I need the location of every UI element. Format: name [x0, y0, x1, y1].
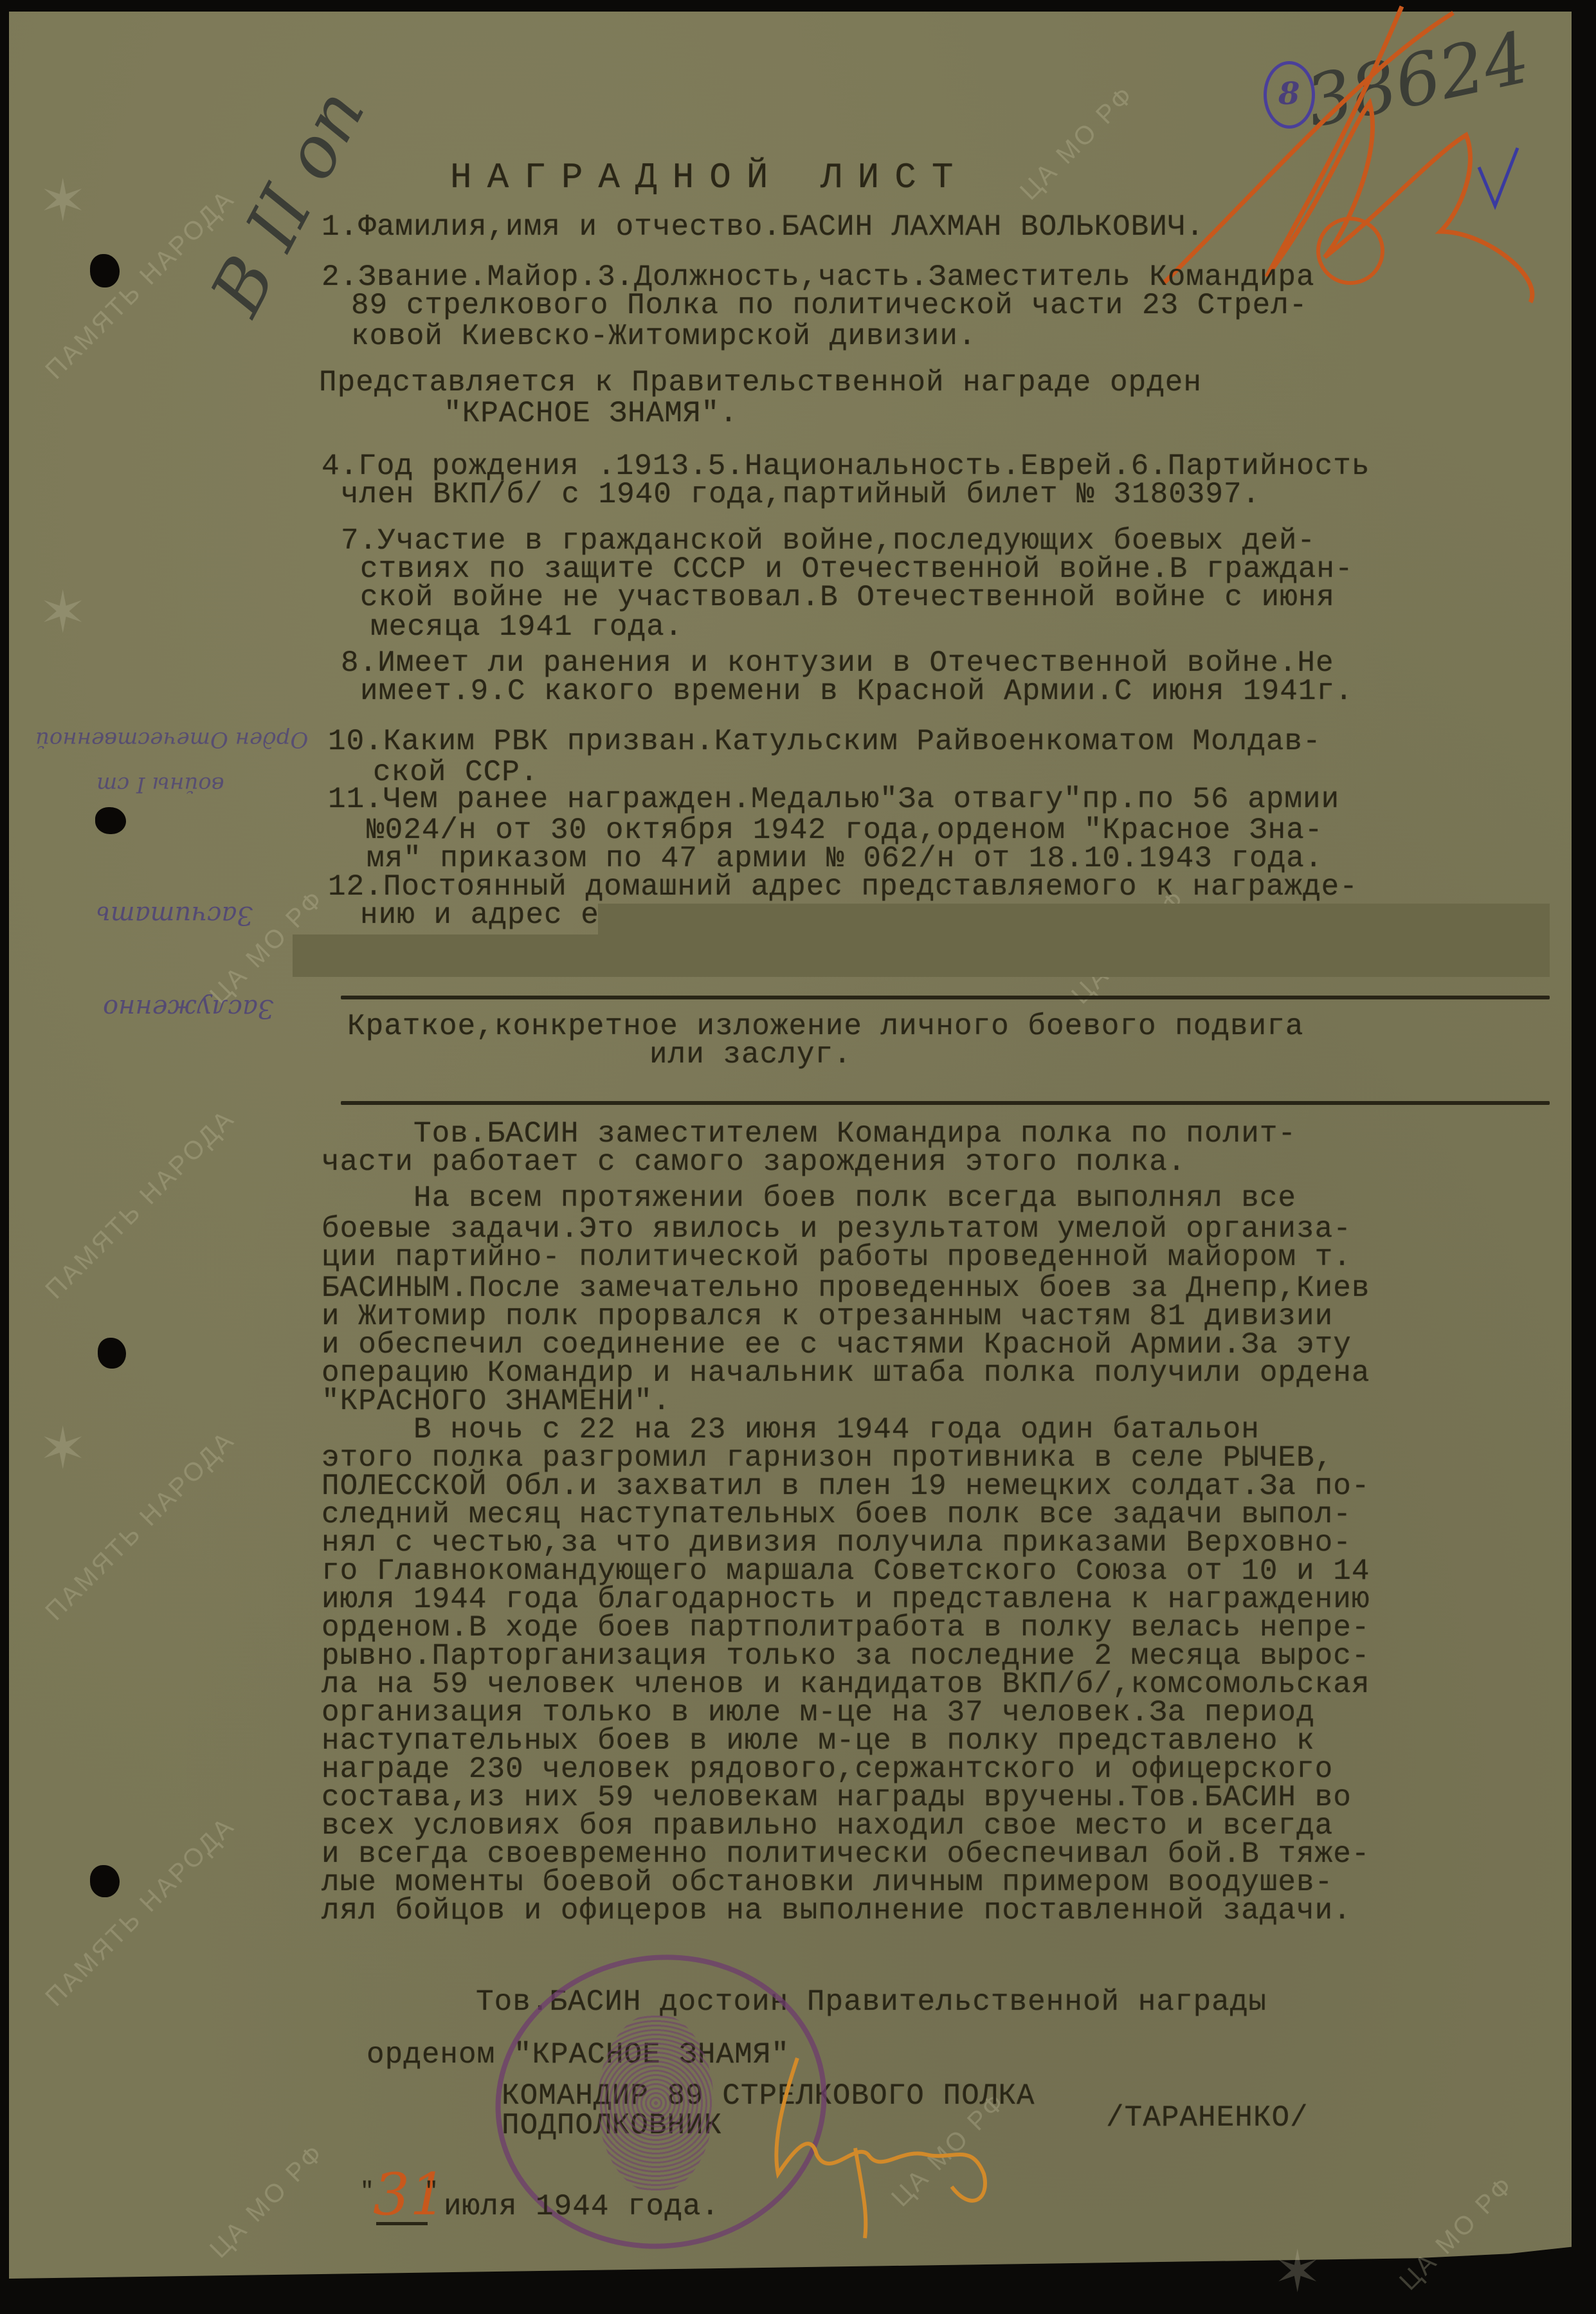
- body-line: этого полка разгромил гарнизон противник…: [322, 1443, 1333, 1473]
- punch-hole-2: [95, 807, 126, 834]
- field-war-participation-cont: ской войне не участвовал.В Отечественной…: [360, 583, 1335, 612]
- body-line: лые моменты боевой обстановки личным при…: [322, 1868, 1333, 1897]
- field-previous-awards: 11.Чем ранее награжден.Медалью"За отвагу…: [328, 785, 1339, 814]
- body-line: ла на 59 человек членов и кандидатов ВКП…: [322, 1670, 1370, 1699]
- field-wounds: 8.Имеет ли ранения и контузии в Отечеств…: [341, 648, 1334, 678]
- body-line: го Главнокомандующего маршала Советского…: [322, 1556, 1370, 1586]
- field-rank-position-cont: 89 стрелкового Полка по политической час…: [351, 291, 1307, 320]
- field-service-since: имеет.9.С какого времени в Красной Армии…: [360, 677, 1354, 706]
- date-month-year: июля 1944 года.: [444, 2192, 720, 2221]
- punch-hole-4: [90, 1865, 120, 1897]
- field-previous-awards-cont: мя" приказом по 47 армии № 062/н от 18.1…: [367, 844, 1323, 873]
- body-line: наступательных боев в июле м-це в полку …: [322, 1726, 1315, 1756]
- margin-stamp-note: Орден Отечественной: [35, 727, 308, 752]
- section-header-cont: или заслуг.: [649, 1040, 852, 1070]
- section-header: Краткое,конкретное изложение личного бое…: [347, 1012, 1303, 1041]
- body-line: ции партийно- политической работы провед…: [322, 1243, 1352, 1272]
- body-line: части работает с самого зарождения этого…: [322, 1147, 1186, 1177]
- date-day-underline: [376, 2222, 428, 2225]
- divider-rule: [341, 996, 1550, 999]
- body-line: рывно.Парторганизация только за последни…: [322, 1641, 1370, 1671]
- field-war-participation-cont: ствиях по защите СССР и Отечественной во…: [360, 554, 1354, 584]
- body-line: боевые задачи.Это явилось и результатом …: [322, 1214, 1352, 1244]
- body-line: БАСИНЫМ.После замечательно проведенных б…: [322, 1273, 1370, 1303]
- field-home-address: 12.Постоянный домашний адрес представляе…: [328, 872, 1358, 902]
- presented-for-award: Представляется к Правительственной награ…: [319, 368, 1202, 397]
- margin-stamp-note: Заслуженно: [103, 994, 274, 1023]
- field-conscription-office: 10.Каким РВК призван.Катульским Райвоенк…: [328, 727, 1321, 756]
- body-line: лял бойцов и офицеров на выполнение пост…: [322, 1896, 1352, 1926]
- field-war-participation: 7.Участие в гражданской войне,последующи…: [341, 526, 1316, 556]
- field-previous-awards-cont: №024/н от 30 октября 1942 года,орденом "…: [367, 815, 1323, 845]
- body-line: состава,из них 59 человекам награды вруч…: [322, 1783, 1352, 1812]
- body-line: и всегда своевременно политически обеспе…: [322, 1839, 1370, 1869]
- field-party-card: член ВКП/б/ с 1940 года,партийный билет …: [341, 480, 1260, 509]
- body-line: нял с честью,за что дивизия получила при…: [322, 1528, 1352, 1558]
- punch-hole-3: [98, 1338, 126, 1369]
- watermark-star-icon: ✶: [39, 579, 87, 646]
- punch-hole-1: [90, 254, 120, 287]
- body-line: следний месяц наступательных боев полк в…: [322, 1500, 1352, 1529]
- field-rank-position-cont: ковой Киевско-Житомирской дивизии.: [351, 322, 977, 351]
- body-line: июля 1944 года благодарность и представл…: [322, 1585, 1370, 1614]
- watermark-star-icon: ✶: [1273, 2238, 1321, 2306]
- signatory-name: /ТАРАНЕНКО/: [1106, 2103, 1309, 2133]
- field-war-participation-cont: месяца 1941 года.: [370, 612, 683, 642]
- redacted-address: [598, 904, 1550, 934]
- body-line: Тов.БАСИН заместителем Командира полка п…: [322, 1119, 1296, 1149]
- body-line: На всем протяжении боев полк всегда выпо…: [322, 1183, 1296, 1213]
- body-line: операцию Командир и начальник штаба полк…: [322, 1358, 1370, 1388]
- official-seal-emblem: [598, 2013, 714, 2193]
- body-line: и Житомир полк прорвался к отрезанным ча…: [322, 1302, 1333, 1331]
- redacted-address: [293, 934, 1550, 977]
- body-line: ПОЛЕССКОЙ Обл.и захватил в плен 19 немец…: [322, 1471, 1370, 1501]
- body-line: награде 230 человек рядового,сержантског…: [322, 1754, 1333, 1784]
- divider-rule: [341, 1101, 1550, 1105]
- field-rank-position: 2.Звание.Майор.3.Должность,часть.Замести…: [322, 262, 1315, 292]
- body-line: организация только в июле м-це на 37 чел…: [322, 1698, 1315, 1727]
- commander-signature: [759, 2045, 1048, 2238]
- body-line: и обеспечил соединение ее с частями Крас…: [322, 1330, 1352, 1360]
- margin-stamp-note: Засчитать: [96, 900, 253, 930]
- margin-stamp-note: войны I ст: [96, 772, 224, 797]
- field-full-name: 1.Фамилия,имя и отчество.БАСИН ЛАХМАН ВО…: [322, 212, 1204, 242]
- body-line: орденом.В ходе боев партполитработа в по…: [322, 1613, 1370, 1643]
- body-line: В ночь с 22 на 23 июня 1944 года один ба…: [322, 1415, 1260, 1444]
- watermark-star-icon: ✶: [39, 1415, 87, 1482]
- watermark-star-icon: ✶: [39, 167, 87, 235]
- body-line: "КРАСНОГО ЗНАМЕНИ".: [322, 1387, 671, 1416]
- document-title: НАГРАДНОЙ ЛИСТ: [450, 159, 968, 196]
- date-quote-close: ": [424, 2180, 439, 2203]
- body-line: всех условиях боя правильно находил свое…: [322, 1811, 1333, 1841]
- field-birth-nationality-party: 4.Год рождения .1913.5.Национальность.Ев…: [322, 451, 1370, 481]
- award-name: "КРАСНОЕ ЗНАМЯ".: [444, 399, 738, 428]
